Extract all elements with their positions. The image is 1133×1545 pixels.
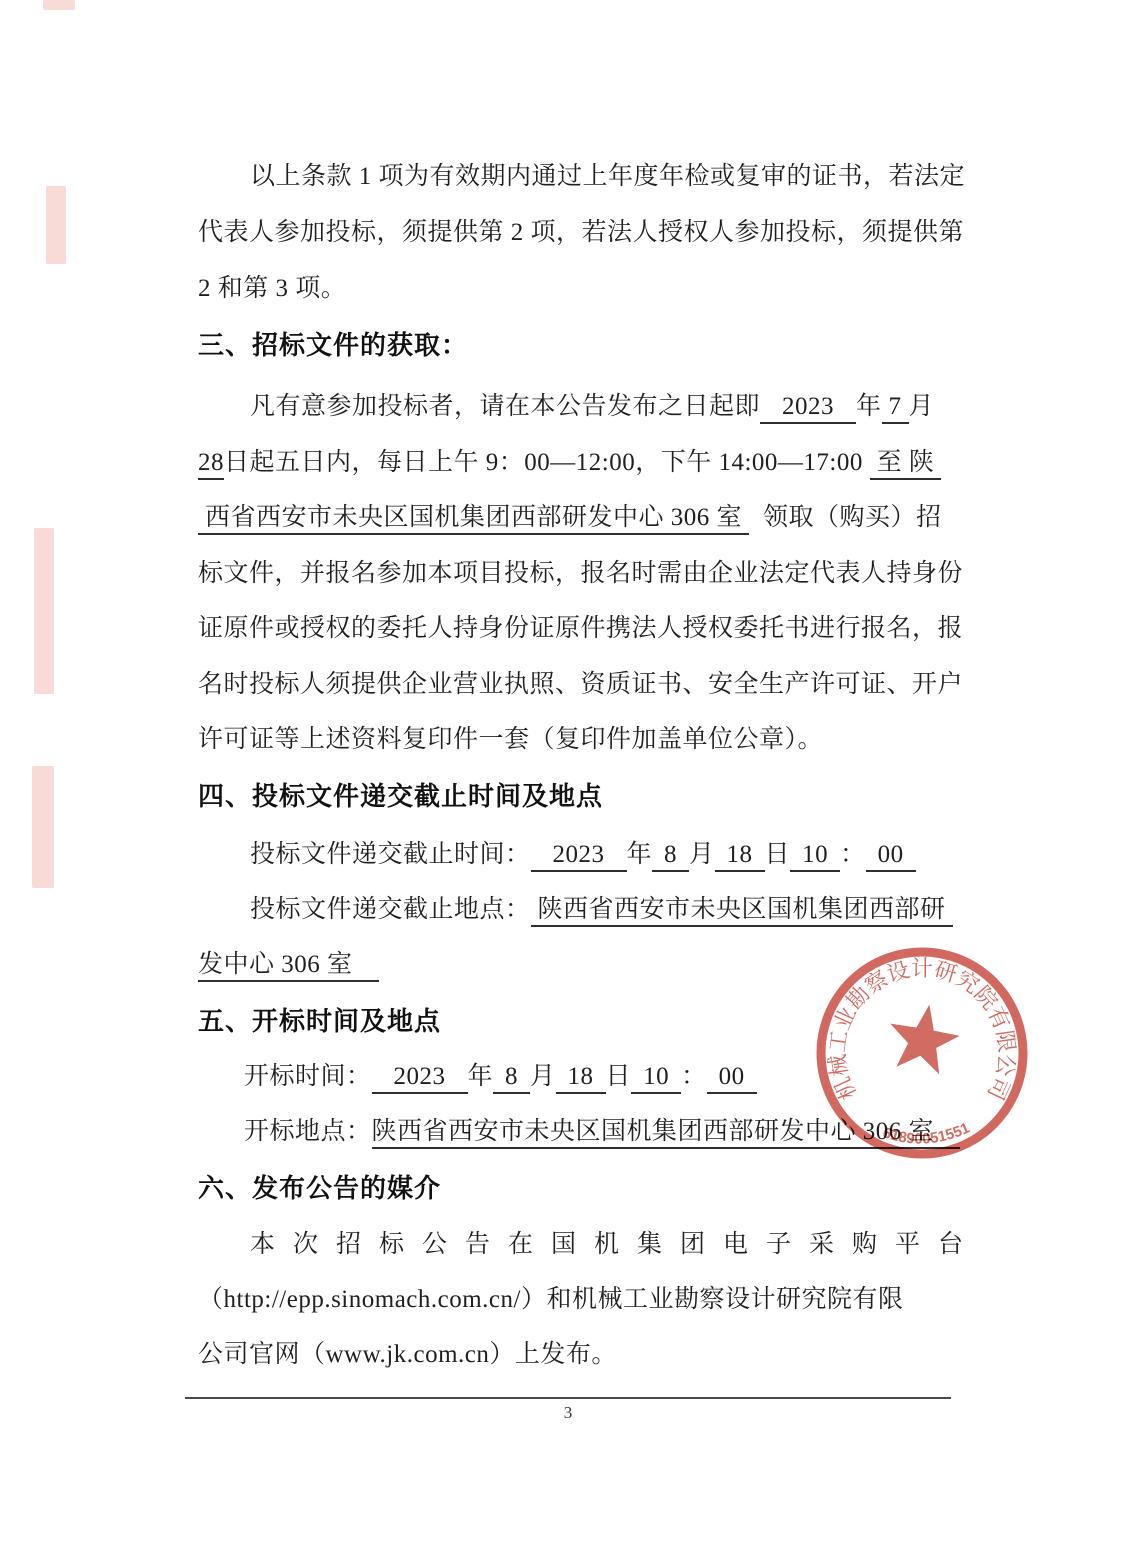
- year-value: 2023: [760, 393, 856, 424]
- heading-text: 四、投标文件递交截止时间及地点: [198, 781, 603, 811]
- text-run: 证原件或授权的委托人持身份证原件携法人授权委托书进行报名，报: [198, 615, 963, 642]
- scan-artifact: [43, 0, 75, 10]
- field-label: 投标文件递交截止时间：: [250, 841, 531, 868]
- s3-line-3: 西省西安市未央区国机集团西部研发中心 306 室领取（购买）招: [198, 501, 970, 535]
- s3-line-4: 标文件，并报名参加本项目投标，报名时需由企业法定代表人持身份: [198, 557, 970, 591]
- field-label: 开标地点：: [244, 1118, 372, 1145]
- intro-line-1: 以上条款 1 项为有效期内通过上年度年检或复审的证书，若法定: [198, 160, 1022, 194]
- year-value: 2023: [531, 841, 627, 872]
- unit-month: 月: [909, 393, 935, 420]
- s5-open-place-line: 开标地点：陕西省西安市未央区国机集团西部研发中心 306 室: [198, 1115, 1016, 1149]
- footer-rule: [185, 1397, 951, 1399]
- section-3-heading: 三、招标文件的获取：: [198, 328, 970, 362]
- section-5-heading: 五、开标时间及地点: [198, 1004, 970, 1038]
- s4-deadline-place-line: 投标文件递交截止地点：陕西省西安市未央区国机集团西部研: [198, 893, 1022, 927]
- s3-line-1: 凡有意参加投标者，请在本公告发布之日起即2023年7月: [198, 390, 1022, 424]
- text-run: 名时投标人须提供企业营业执照、资质证书、安全生产许可证、开户: [198, 671, 963, 698]
- s3-line-5: 证原件或授权的委托人持身份证原件携法人授权委托书进行报名，报: [198, 612, 970, 646]
- month-value: 8: [652, 841, 689, 872]
- text-run: 许可证等上述资料复印件一套（复印件加盖单位公章）。: [198, 726, 823, 753]
- unit-year: 年: [468, 1063, 494, 1090]
- unit-month: 月: [530, 1063, 556, 1090]
- month-value: 8: [493, 1063, 530, 1094]
- page-number: 3: [185, 1403, 951, 1423]
- scan-artifact: [34, 528, 54, 694]
- unit-month: 月: [689, 841, 715, 868]
- s6-line-3: 公司官网（www.jk.com.cn）上发布。: [198, 1338, 970, 1372]
- heading-text: 三、招标文件的获取：: [198, 330, 468, 360]
- text-run: 日起五日内，每日上午 9：00—12:00，下午 14:00—17:00: [224, 449, 870, 476]
- unit-year: 年: [627, 841, 653, 868]
- text-run: 代表人参加投标，须提供第 2 项，若法人授权人参加投标，须提供第: [198, 219, 964, 246]
- s6-line-1: 本次招标公告在国机集团电子采购平台: [198, 1228, 1022, 1262]
- s4-place-line-2: 发中心 306 室: [198, 948, 970, 982]
- text-run: 标文件，并报名参加本项目投标，报名时需由企业法定代表人持身份: [198, 560, 963, 587]
- hour-value: 10: [631, 1063, 681, 1094]
- text-run: 公司官网（www.jk.com.cn）上发布。: [198, 1341, 617, 1368]
- minute-value: 00: [866, 841, 916, 872]
- address-run: 陕西省西安市未央区国机集团西部研: [531, 896, 953, 927]
- s3-line-6: 名时投标人须提供企业营业执照、资质证书、安全生产许可证、开户: [198, 668, 970, 702]
- day-value: 18: [715, 841, 765, 872]
- day-value: 28: [198, 449, 224, 480]
- s6-line-2: （http://epp.sinomach.com.cn/）和机械工业勘察设计研究…: [198, 1283, 970, 1317]
- unit-day: 日: [606, 1063, 632, 1090]
- day-value: 18: [556, 1063, 606, 1094]
- field-label: 开标时间：: [244, 1063, 372, 1090]
- minute-value: 00: [707, 1063, 757, 1094]
- s5-open-time-line: 开标时间：2023年8月18日10：00: [198, 1060, 1016, 1094]
- address-run: 西省西安市未央区国机集团西部研发中心 306 室: [198, 504, 749, 535]
- heading-text: 六、发布公告的媒介: [198, 1173, 441, 1203]
- s3-line-7: 许可证等上述资料复印件一套（复印件加盖单位公章）。: [198, 723, 970, 757]
- intro-line-2: 代表人参加投标，须提供第 2 项，若法人授权人参加投标，须提供第: [198, 216, 970, 250]
- hour-value: 10: [790, 841, 840, 872]
- time-colon: ：: [681, 1063, 707, 1090]
- scan-artifact: [32, 766, 54, 888]
- text-run: 以上条款 1 项为有效期内通过上年度年检或复审的证书，若法定: [250, 163, 965, 190]
- document-page: 以上条款 1 项为有效期内通过上年度年检或复审的证书，若法定 代表人参加投标，须…: [0, 0, 1133, 1545]
- field-label: 投标文件递交截止地点：: [250, 896, 531, 923]
- heading-text: 五、开标时间及地点: [198, 1006, 441, 1036]
- intro-line-3: 2 和第 3 项。: [198, 272, 970, 306]
- time-colon: ：: [840, 841, 866, 868]
- section-6-heading: 六、发布公告的媒介: [198, 1171, 970, 1205]
- section-4-heading: 四、投标文件递交截止时间及地点: [198, 779, 970, 813]
- unit-day: 日: [765, 841, 791, 868]
- s4-deadline-time-line: 投标文件递交截止时间：2023年8月18日10：00: [198, 838, 1022, 872]
- address-run: 发中心 306 室: [198, 951, 379, 982]
- s3-line-2: 28日起五日内，每日上午 9：00—12:00，下午 14:00—17:00 至…: [198, 446, 970, 480]
- month-value: 7: [882, 393, 909, 424]
- text-run: 本次招标公告在国机集团电子采购平台: [250, 1231, 981, 1258]
- text-run: 2 和第 3 项。: [198, 275, 346, 302]
- address-start: 至 陕: [870, 449, 942, 480]
- year-value: 2023: [372, 1063, 468, 1094]
- text-run: （http://epp.sinomach.com.cn/）和机械工业勘察设计研究…: [198, 1286, 903, 1313]
- scan-artifact: [46, 186, 66, 264]
- address-run: 陕西省西安市未央区国机集团西部研发中心 306 室: [372, 1118, 961, 1149]
- unit-year: 年: [856, 393, 882, 420]
- text-run: 凡有意参加投标者，请在本公告发布之日起即: [250, 393, 760, 420]
- text-run: 领取（购买）招: [749, 504, 942, 531]
